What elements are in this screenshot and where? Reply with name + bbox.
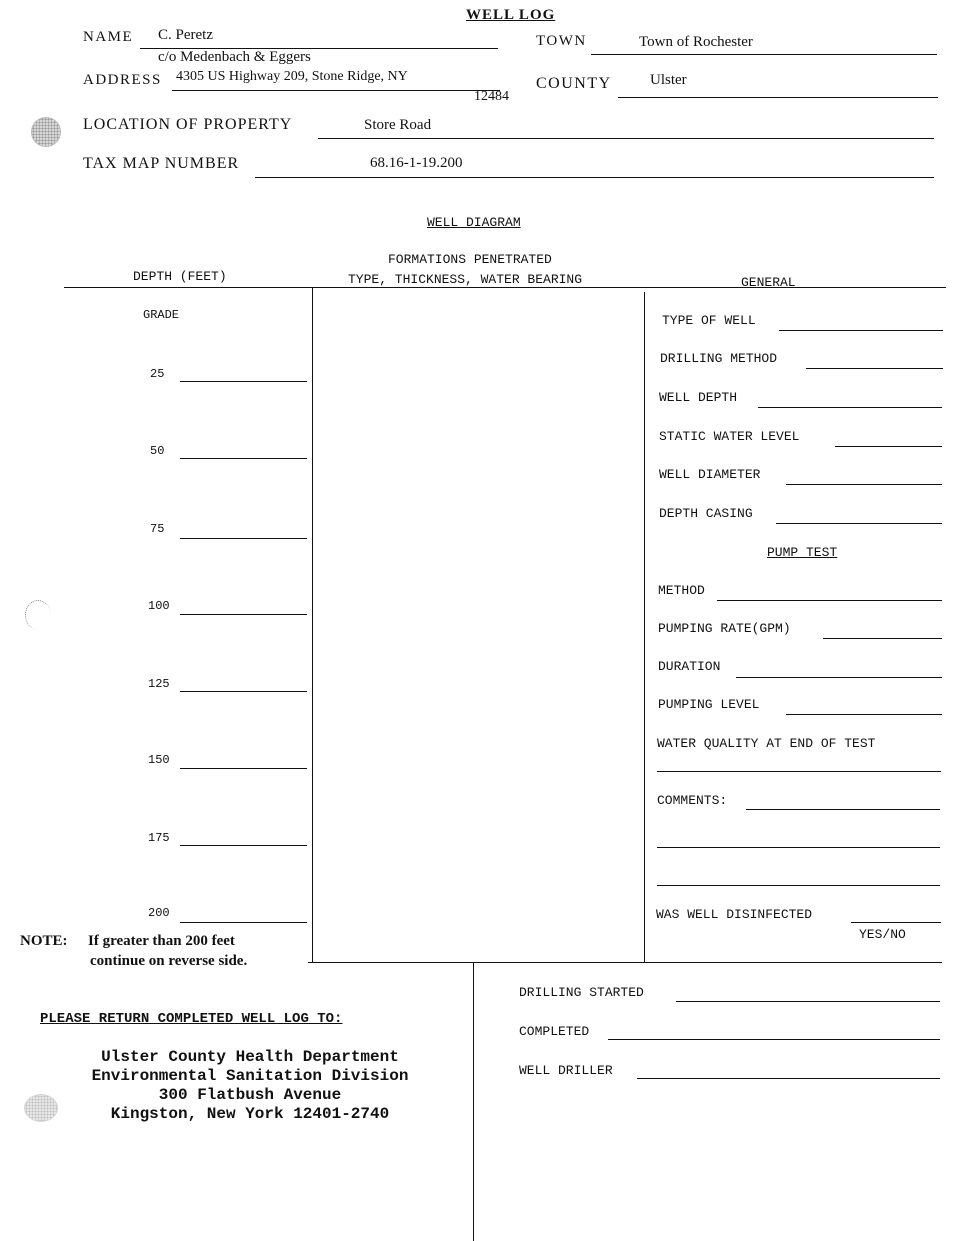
return-address-line4: Kingston, New York 12401-2740 <box>40 1105 460 1124</box>
grade-label: GRADE <box>143 308 179 322</box>
location-underline <box>318 138 934 139</box>
note-line1: If greater than 200 feet <box>88 933 235 950</box>
depth-casing-label: DEPTH CASING <box>659 506 753 521</box>
completed-label: COMPLETED <box>519 1024 589 1039</box>
depth-line-125[interactable] <box>180 691 307 692</box>
page-title: WELL LOG <box>466 7 555 24</box>
pumping-rate-label: PUMPING RATE(GPM) <box>658 621 791 636</box>
depth-line-50[interactable] <box>180 458 307 459</box>
taxmap-field[interactable]: 68.16-1-19.200 <box>370 155 463 172</box>
depth-line-175[interactable] <box>180 845 307 846</box>
type-of-well-label: TYPE OF WELL <box>662 313 756 328</box>
completed-field[interactable] <box>608 1039 940 1040</box>
comments-field-line2[interactable] <box>657 847 940 848</box>
town-label: TOWN <box>536 33 587 50</box>
depth-mark-150: 150 <box>148 753 170 767</box>
water-quality-field[interactable] <box>657 771 941 772</box>
county-underline <box>618 97 938 98</box>
pumping-level-label: PUMPING LEVEL <box>658 697 759 712</box>
depth-line-150[interactable] <box>180 768 307 769</box>
lower-column-divider <box>473 962 474 1241</box>
depth-mark-100: 100 <box>148 599 170 613</box>
well-depth-field[interactable] <box>758 407 942 408</box>
general-column-divider <box>644 292 645 962</box>
drilling-method-field[interactable] <box>806 368 943 369</box>
return-heading: PLEASE RETURN COMPLETED WELL LOG TO: <box>40 1011 342 1027</box>
well-driller-field[interactable] <box>637 1078 940 1079</box>
return-address: Ulster County Health Department Environm… <box>40 1048 460 1124</box>
comments-field-line3[interactable] <box>657 885 940 886</box>
static-water-level-field[interactable] <box>835 446 942 447</box>
duration-label: DURATION <box>658 659 720 674</box>
address-line2-field[interactable]: 4305 US Highway 209, Stone Ridge, NY <box>176 69 408 85</box>
return-address-line2: Environmental Sanitation Division <box>40 1067 460 1086</box>
drilling-method-label: DRILLING METHOD <box>660 351 777 366</box>
punch-hole-mark <box>31 117 61 147</box>
disinfected-label: WAS WELL DISINFECTED <box>656 907 812 922</box>
note-label: NOTE: <box>20 933 68 950</box>
address-zip-field[interactable]: 12484 <box>474 89 509 105</box>
disinfected-field[interactable] <box>851 922 941 923</box>
depth-header: DEPTH (FEET) <box>133 269 227 284</box>
location-field[interactable]: Store Road <box>364 117 431 134</box>
static-water-level-label: STATIC WATER LEVEL <box>659 429 799 444</box>
depth-mark-25: 25 <box>150 367 164 381</box>
depth-line-200[interactable] <box>180 922 307 923</box>
county-field[interactable]: Ulster <box>650 72 687 89</box>
depth-line-75[interactable] <box>180 538 307 539</box>
type-of-well-field[interactable] <box>779 330 943 331</box>
depth-casing-field[interactable] <box>776 523 942 524</box>
duration-field[interactable] <box>736 677 942 678</box>
location-label: LOCATION OF PROPERTY <box>83 116 292 134</box>
address-label: ADDRESS <box>83 72 162 89</box>
county-label: COUNTY <box>536 75 612 93</box>
depth-mark-75: 75 <box>150 522 164 536</box>
comments-field-line1[interactable] <box>746 809 940 810</box>
pumping-rate-field[interactable] <box>823 638 942 639</box>
name-label: NAME <box>83 29 133 46</box>
address-underline <box>172 90 500 91</box>
taxmap-label: TAX MAP NUMBER <box>83 155 239 173</box>
diagram-header-rule <box>64 287 946 288</box>
return-address-line3: 300 Flatbush Avenue <box>40 1086 460 1105</box>
note-line2: continue on reverse side. <box>90 953 247 970</box>
punch-hole-mark <box>25 600 51 630</box>
town-underline <box>591 54 937 55</box>
formations-header-2: TYPE, THICKNESS, WATER BEARING <box>348 272 582 287</box>
well-diameter-label: WELL DIAMETER <box>659 467 760 482</box>
pumping-level-field[interactable] <box>786 714 942 715</box>
drilling-started-label: DRILLING STARTED <box>519 985 644 1000</box>
depth-column-divider <box>312 288 313 962</box>
depth-mark-175: 175 <box>148 831 170 845</box>
depth-line-100[interactable] <box>180 614 307 615</box>
depth-line-25[interactable] <box>180 381 307 382</box>
taxmap-underline <box>255 177 934 178</box>
town-field[interactable]: Town of Rochester <box>639 34 753 51</box>
comments-label: COMMENTS: <box>657 793 727 808</box>
well-driller-label: WELL DRILLER <box>519 1063 613 1078</box>
pump-method-label: METHOD <box>658 583 705 598</box>
well-diagram-title: WELL DIAGRAM <box>427 215 521 230</box>
well-diameter-field[interactable] <box>786 484 942 485</box>
depth-mark-200: 200 <box>148 906 170 920</box>
well-depth-label: WELL DEPTH <box>659 390 737 405</box>
depth-mark-125: 125 <box>148 677 170 691</box>
address-line1-field[interactable]: c/o Medenbach & Eggers <box>158 49 311 66</box>
formations-header-1: FORMATIONS PENETRATED <box>388 252 552 267</box>
pump-test-title: PUMP TEST <box>767 545 837 560</box>
return-address-line1: Ulster County Health Department <box>40 1048 460 1067</box>
pump-method-field[interactable] <box>717 600 942 601</box>
drilling-started-field[interactable] <box>676 1001 940 1002</box>
disinfected-hint: YES/NO <box>859 927 906 942</box>
diagram-bottom-rule <box>308 962 942 963</box>
water-quality-label: WATER QUALITY AT END OF TEST <box>657 736 875 751</box>
depth-mark-50: 50 <box>150 444 164 458</box>
name-field[interactable]: C. Peretz <box>158 27 213 44</box>
formations-input-area[interactable] <box>314 290 643 961</box>
